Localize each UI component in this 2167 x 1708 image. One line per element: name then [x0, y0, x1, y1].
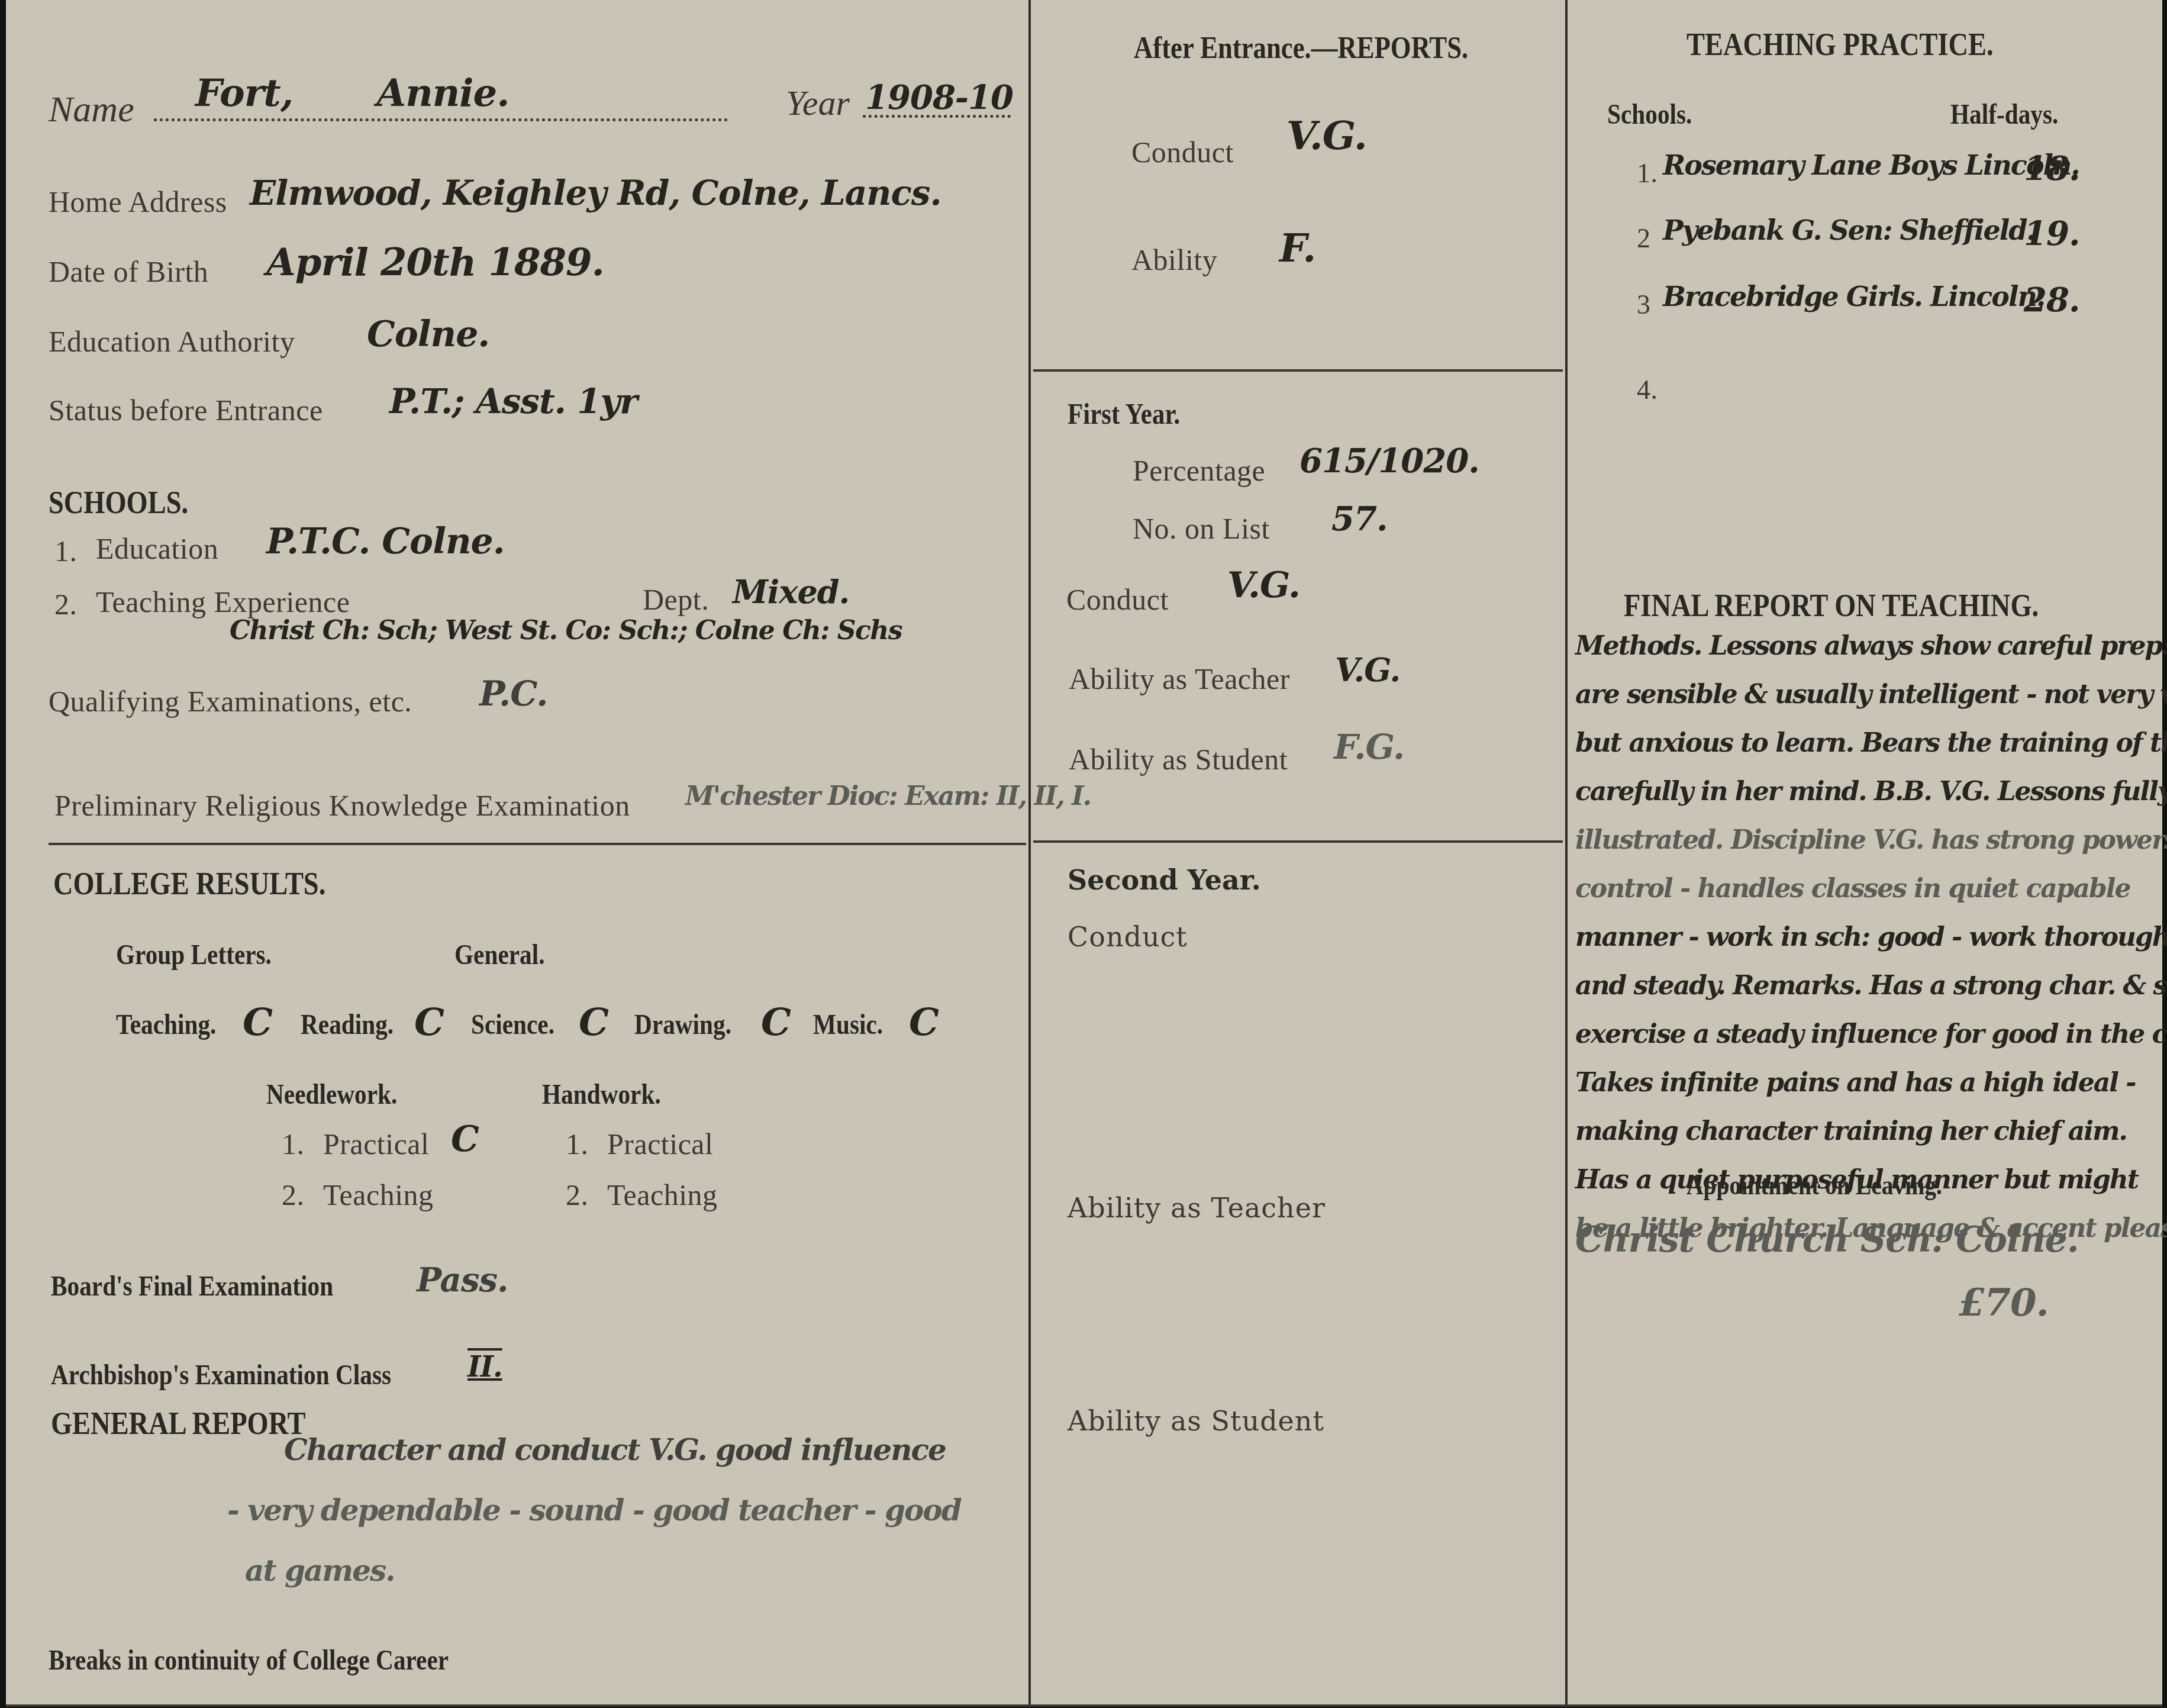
needlework-item-number: 1.: [282, 1127, 305, 1161]
teaching-experience-value: Christ Ch: Sch; West St. Co: Sch:; Colne…: [230, 615, 902, 646]
second-year-heading: Second Year.: [1068, 864, 1261, 896]
general-report-line: at games.: [245, 1553, 395, 1588]
status-label: Status before Entrance: [49, 393, 323, 427]
section-divider-college-results: [49, 843, 1026, 845]
education-authority-label: Education Authority: [49, 324, 295, 359]
column-divider-left: [1028, 0, 1031, 1704]
archbishop-exam-label: Archbishop's Examination Class: [51, 1359, 391, 1391]
sy-ability-teacher-label: Ability as Teacher: [1068, 1192, 1326, 1224]
prelim-religious-label: Preliminary Religious Knowledge Examinat…: [54, 788, 630, 823]
fy-ability-student-value: F.G.: [1334, 727, 1404, 767]
student-record-card: Name Fort, Annie. Year 1908-10 Home Addr…: [6, 0, 2162, 1707]
breaks-continuity-label: Breaks in continuity of College Career: [49, 1644, 449, 1677]
needlework-item-label: Practical: [323, 1127, 429, 1161]
tp-entry-school: Pyebank G. Sen: Sheffield.: [1663, 214, 2034, 246]
fy-ability-student-label: Ability as Student: [1069, 742, 1288, 776]
fy-ability-teacher-value: V.G.: [1335, 651, 1400, 689]
tp-entry-half-days: 28.: [2024, 281, 2079, 320]
tp-entry-school: Bracebridge Girls. Lincoln.: [1663, 281, 2045, 312]
dob-label: Date of Birth: [49, 254, 208, 289]
tp-entry-number: 1.: [1637, 157, 1658, 189]
first-year-heading: First Year.: [1068, 397, 1180, 431]
ae-ability-label: Ability: [1131, 243, 1217, 277]
archbishop-exam-value: II.: [467, 1351, 502, 1384]
tp-entry-number: 4.: [1637, 374, 1658, 405]
teaching-experience-number: 2.: [54, 587, 78, 621]
percentage-value: 615/1020.: [1299, 441, 1479, 481]
qualifying-label: Qualifying Examinations, etc.: [49, 684, 412, 718]
final-report-line: carefully in her mind. B.B. V.G. Lessons…: [1575, 776, 2161, 807]
tp-entry-school: Rosemary Lane Boys Lincoln.: [1663, 149, 2079, 181]
status-value: P.T.; Asst. 1yr: [389, 381, 637, 421]
subject-label: Science.: [471, 1008, 554, 1041]
subject-label: Drawing.: [634, 1008, 731, 1041]
ae-conduct-label: Conduct: [1131, 135, 1234, 169]
salary-value: £70.: [1959, 1281, 2049, 1325]
dob-value: April 20th 1889.: [266, 240, 604, 285]
final-report-line: making character training her chief aim.: [1575, 1116, 2161, 1146]
appointment-value: Christ Church Sch: Colne.: [1575, 1219, 2079, 1261]
year-value: 1908-10: [865, 78, 1013, 117]
final-report-line: Takes infinite pains and has a high idea…: [1575, 1068, 2161, 1098]
subject-label: Teaching.: [116, 1008, 216, 1041]
general-report-line: Character and conduct V.G. good influenc…: [284, 1432, 946, 1467]
boards-final-value: Pass.: [417, 1261, 508, 1300]
schools-heading: SCHOOLS.: [49, 484, 188, 521]
subject-grade: C: [243, 1000, 272, 1045]
education-value: P.T.C. Colne.: [266, 521, 505, 562]
name-value: Fort, Annie.: [195, 71, 509, 115]
tp-half-days-label: Half-days.: [1950, 98, 2058, 131]
needlework-label: Needlework.: [266, 1078, 397, 1111]
no-on-list-value: 57.: [1331, 499, 1387, 539]
tp-entry-number: 3: [1637, 289, 1651, 320]
teaching-practice-heading: TEACHING PRACTICE.: [1686, 26, 1994, 63]
needlework-item-number: 2.: [282, 1178, 305, 1212]
sy-ability-student-label: Ability as Student: [1068, 1405, 1324, 1437]
section-divider-first-year: [1033, 369, 1563, 372]
handwork-item-number: 1.: [566, 1127, 589, 1161]
dept-value: Mixed.: [733, 573, 849, 611]
fy-conduct-label: Conduct: [1066, 582, 1169, 617]
subject-label: Music.: [813, 1008, 883, 1041]
boards-final-label: Board's Final Examination: [51, 1270, 333, 1303]
final-report-line: manner - work in sch: good - work thorou…: [1575, 922, 2161, 952]
home-address-label: Home Address: [49, 185, 227, 219]
handwork-item-number: 2.: [566, 1178, 589, 1212]
teaching-experience-label: Teaching Experience: [96, 585, 350, 619]
education-label: Education: [96, 531, 218, 566]
ae-conduct-value: V.G.: [1286, 112, 1367, 159]
tp-entry-half-days: 19.: [2024, 214, 2079, 253]
percentage-label: Percentage: [1133, 453, 1265, 488]
tp-schools-label: Schools.: [1607, 98, 1692, 131]
general-report-heading: GENERAL REPORT: [51, 1405, 306, 1442]
fy-ability-teacher-label: Ability as Teacher: [1069, 662, 1290, 696]
final-report-heading: FINAL REPORT ON TEACHING.: [1624, 587, 2039, 624]
after-entrance-heading: After Entrance.—REPORTS.: [1134, 31, 1468, 66]
no-on-list-label: No. on List: [1133, 511, 1270, 546]
subject-grade: C: [761, 1000, 791, 1045]
handwork-item-label: Teaching: [607, 1178, 718, 1212]
name-dotted-line: [154, 118, 728, 121]
year-label: Year: [786, 83, 850, 124]
subject-grade: C: [909, 1000, 939, 1045]
qualifying-value: P.C.: [479, 673, 548, 714]
tp-entry-number: 2: [1637, 223, 1651, 254]
ae-ability-value: F.: [1279, 225, 1315, 271]
subject-grade: C: [414, 1000, 444, 1045]
final-report-line: Methods. Lessons always show careful pre…: [1575, 631, 2161, 661]
final-report-line: and steady. Remarks. Has a strong char. …: [1575, 971, 2161, 1001]
name-label: Name: [49, 89, 134, 131]
final-report-line: illustrated. Discipline V.G. has strong …: [1575, 825, 2161, 855]
general-report-line: - very dependable - sound - good teacher…: [227, 1493, 961, 1527]
college-results-heading: COLLEGE RESULTS.: [53, 865, 325, 902]
needlework-item-grade: C: [451, 1119, 479, 1160]
general-label: General.: [454, 939, 544, 971]
needlework-item-label: Teaching: [323, 1178, 434, 1212]
home-address-value: Elmwood, Keighley Rd, Colne, Lancs.: [250, 173, 941, 213]
group-letters-label: Group Letters.: [116, 939, 272, 971]
prelim-religious-value: M'chester Dioc: Exam: II, II, I.: [685, 781, 1091, 811]
subject-grade: C: [579, 1000, 608, 1045]
final-report-line: but anxious to learn. Bears the training…: [1575, 728, 2161, 758]
final-report-line: control - handles classes in quiet capab…: [1575, 874, 2161, 904]
sy-conduct-label: Conduct: [1068, 921, 1188, 953]
handwork-item-label: Practical: [607, 1127, 713, 1161]
dept-label: Dept.: [643, 582, 709, 617]
handwork-label: Handwork.: [542, 1078, 661, 1111]
final-report-line: are sensible & usually intelligent - not…: [1575, 679, 2161, 710]
education-authority-value: Colne.: [367, 314, 489, 355]
section-divider-second-year: [1033, 840, 1563, 843]
tp-entry-half-days: 18.: [2024, 149, 2079, 188]
appointment-label: Appointment on Leaving.: [1686, 1169, 1942, 1201]
final-report-line: exercise a steady influence for good in …: [1575, 1019, 2161, 1049]
subject-label: Reading.: [301, 1008, 394, 1041]
fy-conduct-value: V.G.: [1227, 565, 1300, 606]
column-divider-right: [1565, 0, 1568, 1704]
education-number: 1.: [54, 534, 78, 568]
